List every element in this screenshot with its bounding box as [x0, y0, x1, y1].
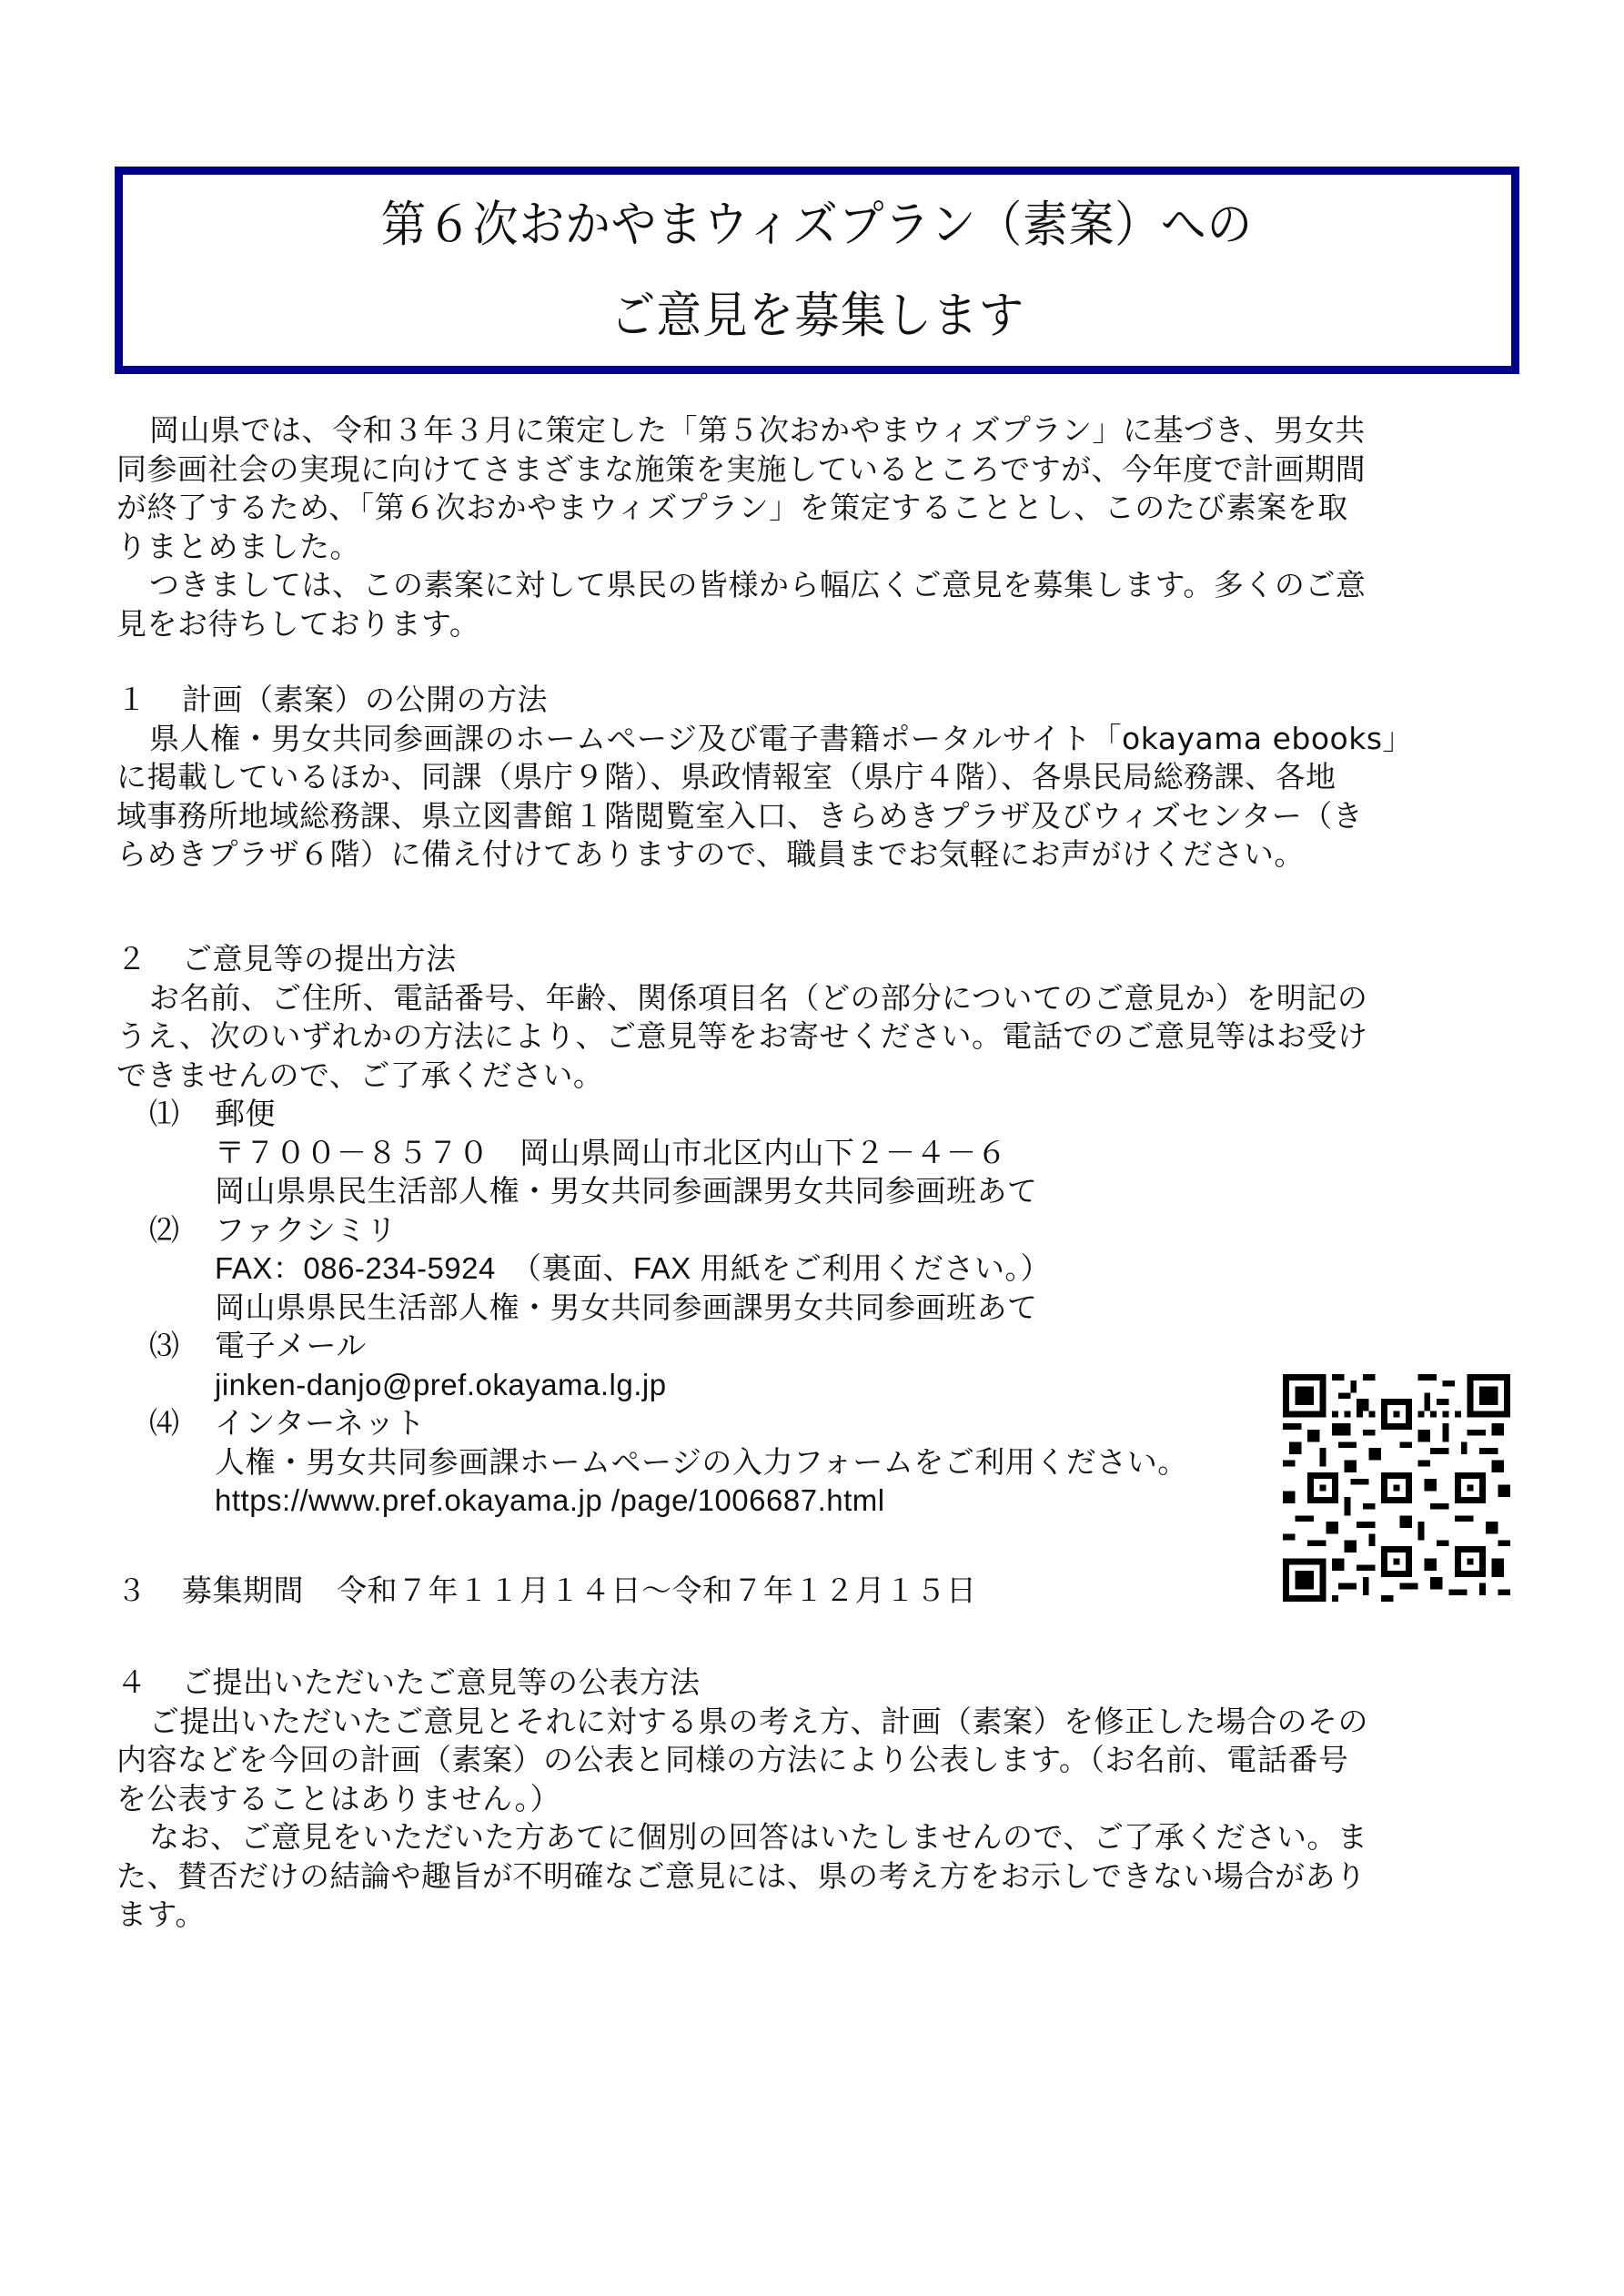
section-title: ご意見等の提出方法 — [182, 940, 457, 979]
section-title: 計画（素案）の公開の方法 — [182, 681, 548, 720]
section-4-line: なお、ご意見をいただいた方あてに個別の回答はいたしませんので、ご了承ください。ま — [116, 1818, 1508, 1857]
section-2-heading: ２ ご意見等の提出方法 — [116, 940, 1508, 979]
section-1-line: 県人権・男女共同参画課のホームページ及び電子書籍ポータルサイト「okayama … — [116, 720, 1508, 759]
method-label: 郵便 — [215, 1095, 276, 1134]
section-3-heading: ３ 募集期間 令和７年１１月１４日～令和７年１２月１５日 — [116, 1572, 1508, 1611]
intro-paragraph: 岡山県では、令和３年３月に策定した「第５次おかやまウィズプラン」に基づき、男女共… — [116, 411, 1508, 643]
postal-recipient: 岡山県県民生活部人権・男女共同参画課男女共同参画班あて — [116, 1172, 1508, 1211]
section-4-line: た、賛否だけの結論や趣旨が不明確なご意見には、県の考え方をお示しできない場合があ… — [116, 1857, 1508, 1896]
section-1-heading: １ 計画（素案）の公開の方法 — [116, 681, 1508, 720]
section-4-line: 内容などを今回の計画（素案）の公表と同様の方法により公表します。（お名前、電話番… — [116, 1741, 1508, 1780]
section-number: ２ — [116, 940, 182, 979]
intro-line: りまとめました。 — [116, 528, 1508, 567]
section-4-line: ご提出いただいたご意見とそれに対する県の考え方、計画（素案）を修正した場合のその — [116, 1703, 1508, 1742]
fax-number: FAX：086-234-5924 （裏面、FAX 用紙をご利用ください。） — [116, 1249, 1508, 1289]
section-2-line: うえ、次のいずれかの方法により、ご意見等をお寄せください。電話でのご意見等はお受… — [116, 1017, 1508, 1057]
section-4-heading: ４ ご提出いただいたご意見等の公表方法 — [116, 1664, 1508, 1703]
method-email-heading: ⑶ 電子メール — [116, 1327, 1508, 1366]
intro-line: が終了するため、「第６次おかやまウィズプラン」を策定することとし、このたび素案を… — [116, 489, 1508, 528]
method-mail-heading: ⑴ 郵便 — [116, 1095, 1508, 1134]
section-2-line: お名前、ご住所、電話番号、年齢、関係項目名（どの部分についてのご意見か）を明記の — [116, 979, 1508, 1018]
page-title-line-2: ご意見を募集します — [610, 270, 1024, 361]
submission-period: 令和７年１１月１４日～令和７年１２月１５日 — [337, 1572, 977, 1611]
intro-line: 見をお待ちしております。 — [116, 605, 1508, 644]
section-4-line: ます。 — [116, 1896, 1508, 1935]
section-1: １ 計画（素案）の公開の方法 県人権・男女共同参画課のホームページ及び電子書籍ポ… — [116, 681, 1508, 875]
intro-line: 岡山県では、令和３年３月に策定した「第５次おかやまウィズプラン」に基づき、男女共 — [116, 411, 1508, 450]
section-number: ４ — [116, 1664, 182, 1703]
fax-recipient: 岡山県県民生活部人権・男女共同参画課男女共同参画班あて — [116, 1289, 1508, 1328]
section-number: ３ — [116, 1572, 182, 1611]
section-4: ４ ご提出いただいたご意見等の公表方法 ご提出いただいたご意見とそれに対する県の… — [116, 1664, 1508, 1935]
method-label: インターネット — [215, 1404, 426, 1443]
section-title: ご提出いただいたご意見等の公表方法 — [182, 1664, 701, 1703]
postal-address: 〒７００－８５７０ 岡山県岡山市北区内山下２－４－６ — [116, 1134, 1508, 1173]
section-4-line: を公表することはありません。） — [116, 1780, 1508, 1819]
method-label: ファクシミリ — [215, 1211, 397, 1250]
section-1-line: に掲載しているほか、同課（県庁９階）、県政情報室（県庁４階）、各県民局総務課、各… — [116, 758, 1508, 797]
method-number: ⑴ — [149, 1095, 215, 1134]
section-3: ３ 募集期間 令和７年１１月１４日～令和７年１２月１５日 — [116, 1572, 1508, 1611]
method-label: 電子メール — [215, 1327, 367, 1366]
qr-code-icon — [1283, 1374, 1510, 1602]
method-number: ⑷ — [149, 1404, 215, 1443]
method-fax-heading: ⑵ ファクシミリ — [116, 1211, 1508, 1250]
method-number: ⑶ — [149, 1327, 215, 1366]
intro-line: 同参画社会の実現に向けてさまざまな施策を実施しているところですが、今年度で計画期… — [116, 450, 1508, 490]
title-box: 第６次おかやまウィズプラン（素案）への ご意見を募集します — [115, 167, 1519, 374]
section-1-line: 域事務所地域総務課、県立図書館１階閲覧室入口、きらめきプラザ及びウィズセンター（… — [116, 797, 1508, 836]
section-1-line: らめきプラザ６階）に備え付けてありますので、職員までお気軽にお声がけください。 — [116, 835, 1508, 875]
method-number: ⑵ — [149, 1211, 215, 1250]
section-title: 募集期間 — [182, 1572, 304, 1611]
page-title-line-1: 第６次おかやまウィズプラン（素案）への — [381, 179, 1253, 270]
section-number: １ — [116, 681, 182, 720]
section-2-line: できませんので、ご了承ください。 — [116, 1057, 1508, 1096]
intro-line: つきましては、この素案に対して県民の皆様から幅広くご意見を募集します。多くのご意 — [116, 566, 1508, 605]
